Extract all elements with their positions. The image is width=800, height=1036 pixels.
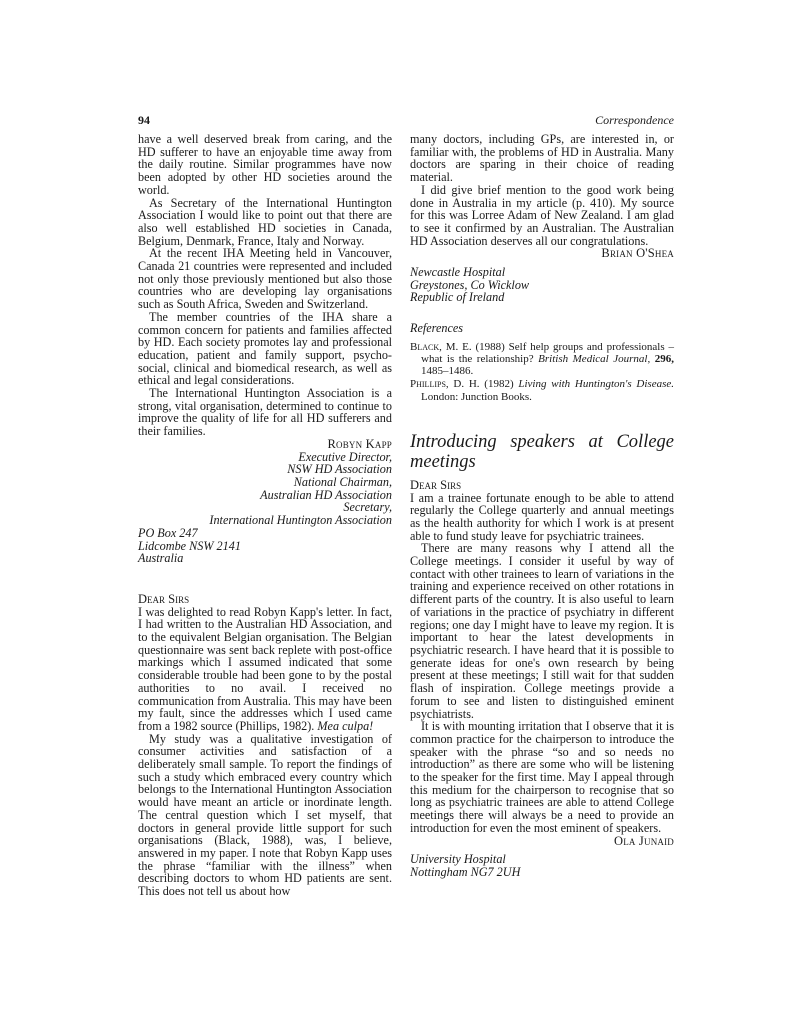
paragraph: I am a trainee fortunate enough to be ab… xyxy=(410,492,674,543)
address-line: Australia xyxy=(138,552,392,565)
left-column: have a well deserved break from caring, … xyxy=(138,133,392,898)
right-column: many doctors, including GPs, are interes… xyxy=(410,133,674,879)
paragraph: It is with mounting irritation that I ob… xyxy=(410,720,674,834)
salutation: Dear Sirs xyxy=(410,479,674,492)
address-line: PO Box 247 xyxy=(138,527,392,540)
reference-item: Black, M. E. (1988) Self help groups and… xyxy=(410,341,674,378)
address-line: Republic of Ireland xyxy=(410,291,674,304)
paragraph: The member countries of the IHA share a … xyxy=(138,311,392,387)
paragraph: I did give brief mention to the good wor… xyxy=(410,184,674,248)
signature-role: International Huntington Association xyxy=(138,514,392,527)
references-heading: References xyxy=(410,322,674,335)
reference-item: Phillips, D. H. (1982) Living with Hunti… xyxy=(410,378,674,402)
address-line: Newcastle Hospital xyxy=(410,266,674,279)
page-number: 94 xyxy=(138,113,150,128)
address-line: Nottingham NG7 2UH xyxy=(410,866,674,879)
paragraph: My study was a qualitative investigation… xyxy=(138,733,392,898)
paragraph: The International Huntington Association… xyxy=(138,387,392,438)
italic-phrase: Mea culpa! xyxy=(317,719,373,733)
paragraph: There are many reasons why I attend all … xyxy=(410,542,674,720)
paragraph: I was delighted to read Robyn Kapp's let… xyxy=(138,606,392,733)
article-title: Introducing speakers at College meetings xyxy=(410,432,674,472)
paragraph: many doctors, including GPs, are interes… xyxy=(410,133,674,184)
paragraph: At the recent IHA Meeting held in Vancou… xyxy=(138,247,392,311)
running-head: Correspondence xyxy=(595,113,674,128)
paragraph: have a well deserved break from caring, … xyxy=(138,133,392,197)
signature-role: National Chairman, xyxy=(138,476,392,489)
signature-name: Ola Junaid xyxy=(410,835,674,848)
paragraph: As Secretary of the International Huntin… xyxy=(138,197,392,248)
signature-name: Brian O'Shea xyxy=(410,247,674,260)
signature-name: Robyn Kapp xyxy=(138,438,392,451)
